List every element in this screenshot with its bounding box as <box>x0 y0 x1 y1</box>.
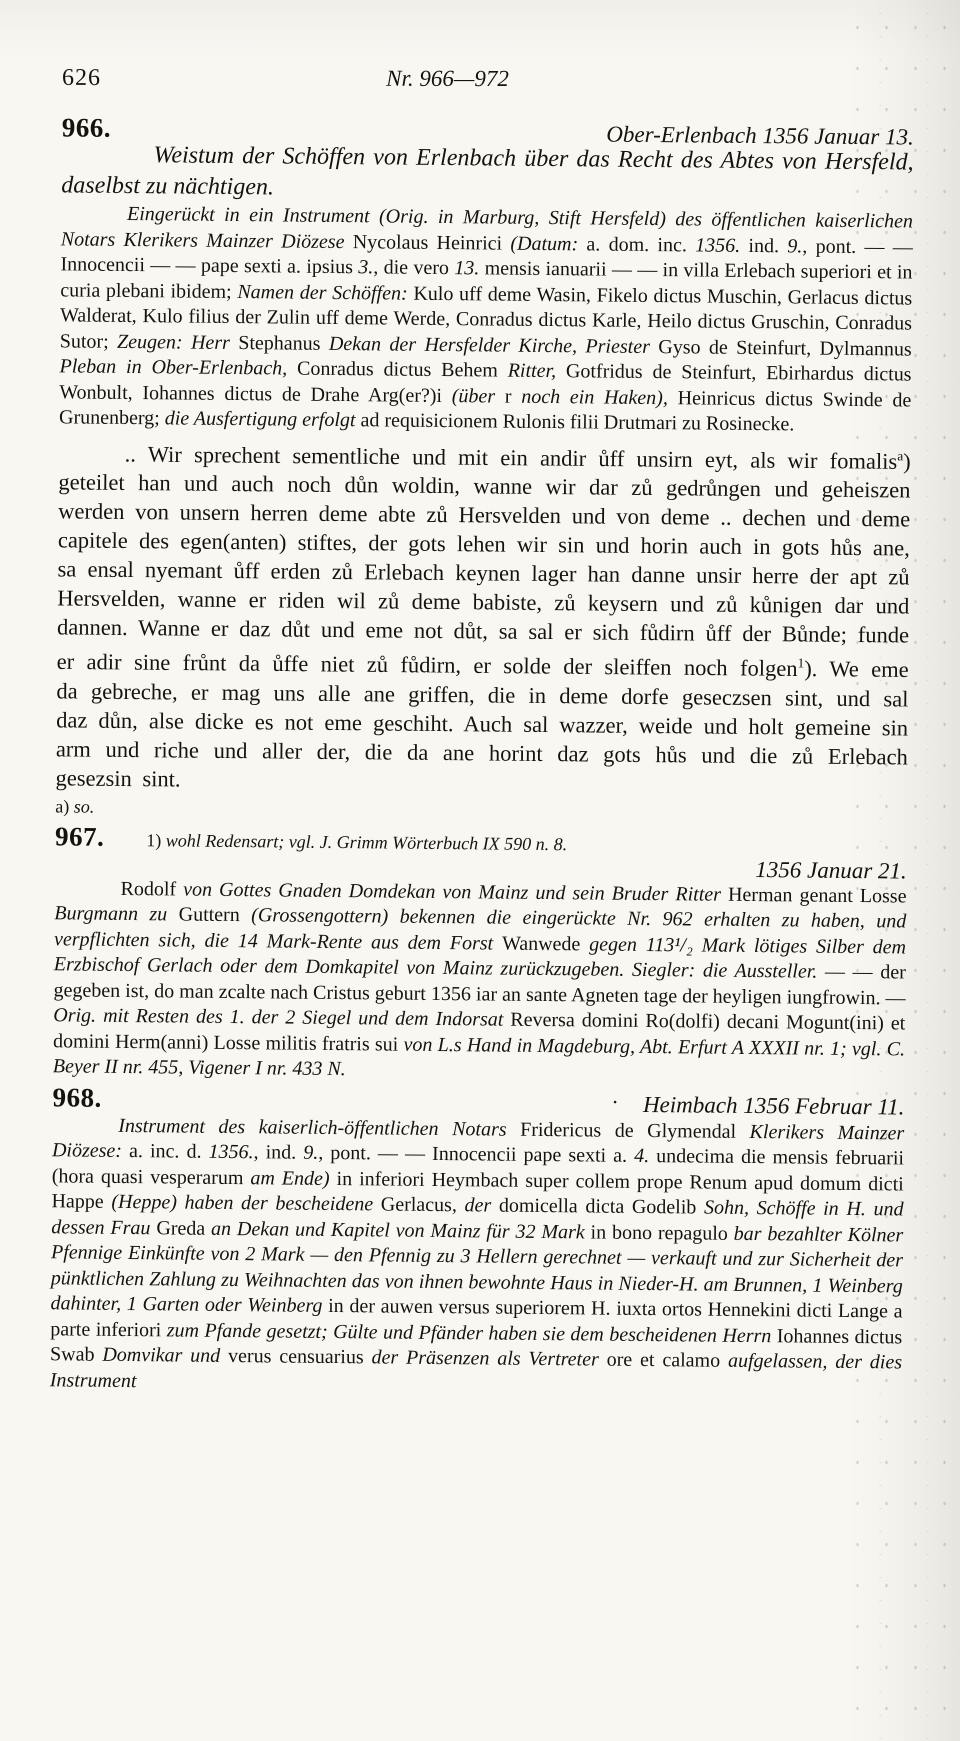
entry-968: 968. • Heimbach 1356 Februar 11. Instrum… <box>50 1082 905 1402</box>
book-page: 626 Nr. 966—972 966. Ober-Erlenbach 1356… <box>0 0 960 1741</box>
page-body: 966. Ober-Erlenbach 1356 Januar 13. Weis… <box>50 112 914 1401</box>
entry-966-regesta: Eingerückt in ein Instrument (Orig. in M… <box>59 201 913 439</box>
spacer <box>102 1106 613 1111</box>
page-header: 626 Nr. 966—972 <box>62 65 914 94</box>
entry-number-967: 967. <box>55 821 105 852</box>
entry-968-regesta: Instrument des kaiserlich-öffentlichen N… <box>50 1113 905 1402</box>
entry-966-heading: Weistum der Schöffen von Erlenbach über … <box>61 139 914 209</box>
ink-speck-mark: • <box>613 1096 617 1108</box>
running-header: Nr. 966—972 <box>101 65 914 93</box>
entry-967-regesta: Rodolf von Gottes Gnaden Domdekan von Ma… <box>53 876 907 1088</box>
entry-967: 967. 1) wohl Redensart; vgl. J. Grimm Wö… <box>53 821 907 1088</box>
entry-number-966: 966. <box>62 112 112 143</box>
page-number: 626 <box>62 65 101 92</box>
entry-966: 966. Ober-Erlenbach 1356 Januar 13. Weis… <box>55 112 914 826</box>
dateline-967: 1356 Januar 21. <box>755 857 907 883</box>
entry-966-quote: .. Wir sprechent sementliche und mit ein… <box>55 433 910 800</box>
dateline-968: Heimbach 1356 Februar 11. <box>643 1091 905 1120</box>
entry-number-968: 968. <box>52 1082 102 1113</box>
